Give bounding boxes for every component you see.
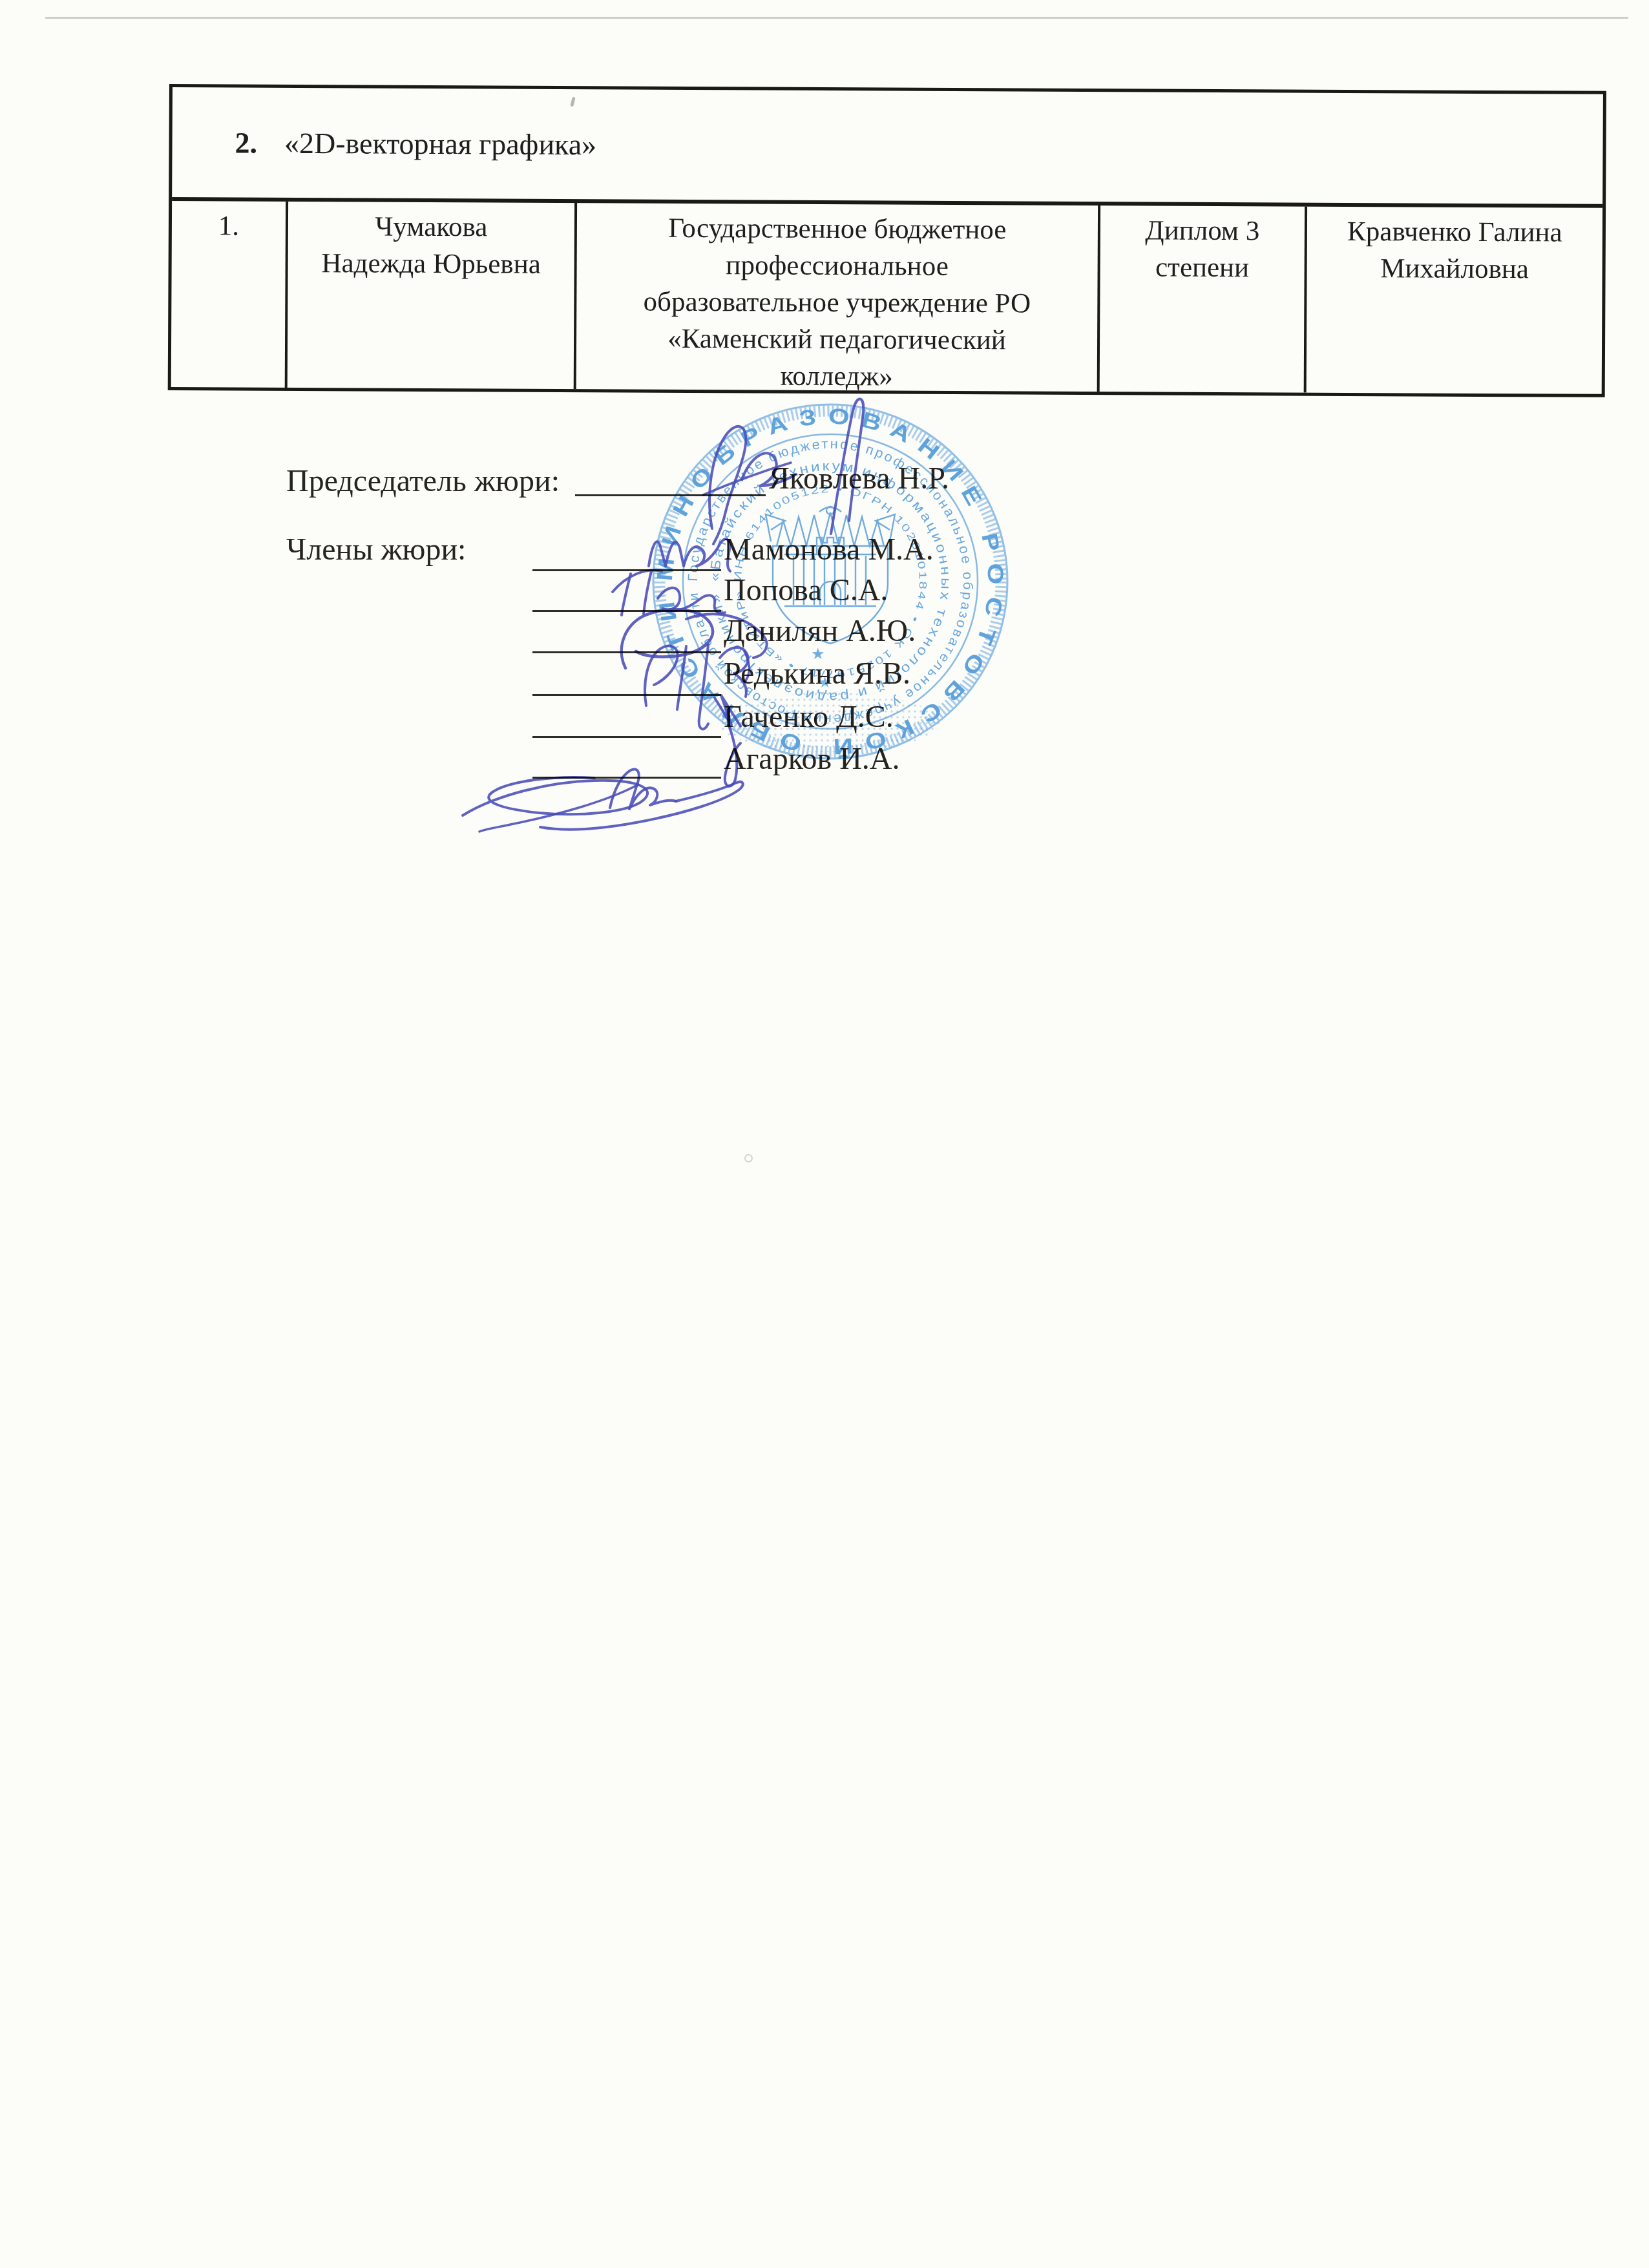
scanned-document-page: 2. «2D-векторная графика» 1. Чумакова На… <box>0 0 1649 2268</box>
stamp-and-signatures-layer: МИНОБРАЗОВАНИЕ РОСТОВСКОЙ ОБЛАСТИ Госуда… <box>0 0 1649 2268</box>
signature-member <box>463 769 743 832</box>
stamp-star: ★ <box>818 675 832 691</box>
stamp-star: ★ <box>811 646 825 663</box>
round-stamp: МИНОБРАЗОВАНИЕ РОСТОВСКОЙ ОБЛАСТИ Госуда… <box>653 404 1008 760</box>
stamp-coat-of-arms <box>766 507 895 644</box>
stamp-halftone-texture <box>718 693 940 752</box>
